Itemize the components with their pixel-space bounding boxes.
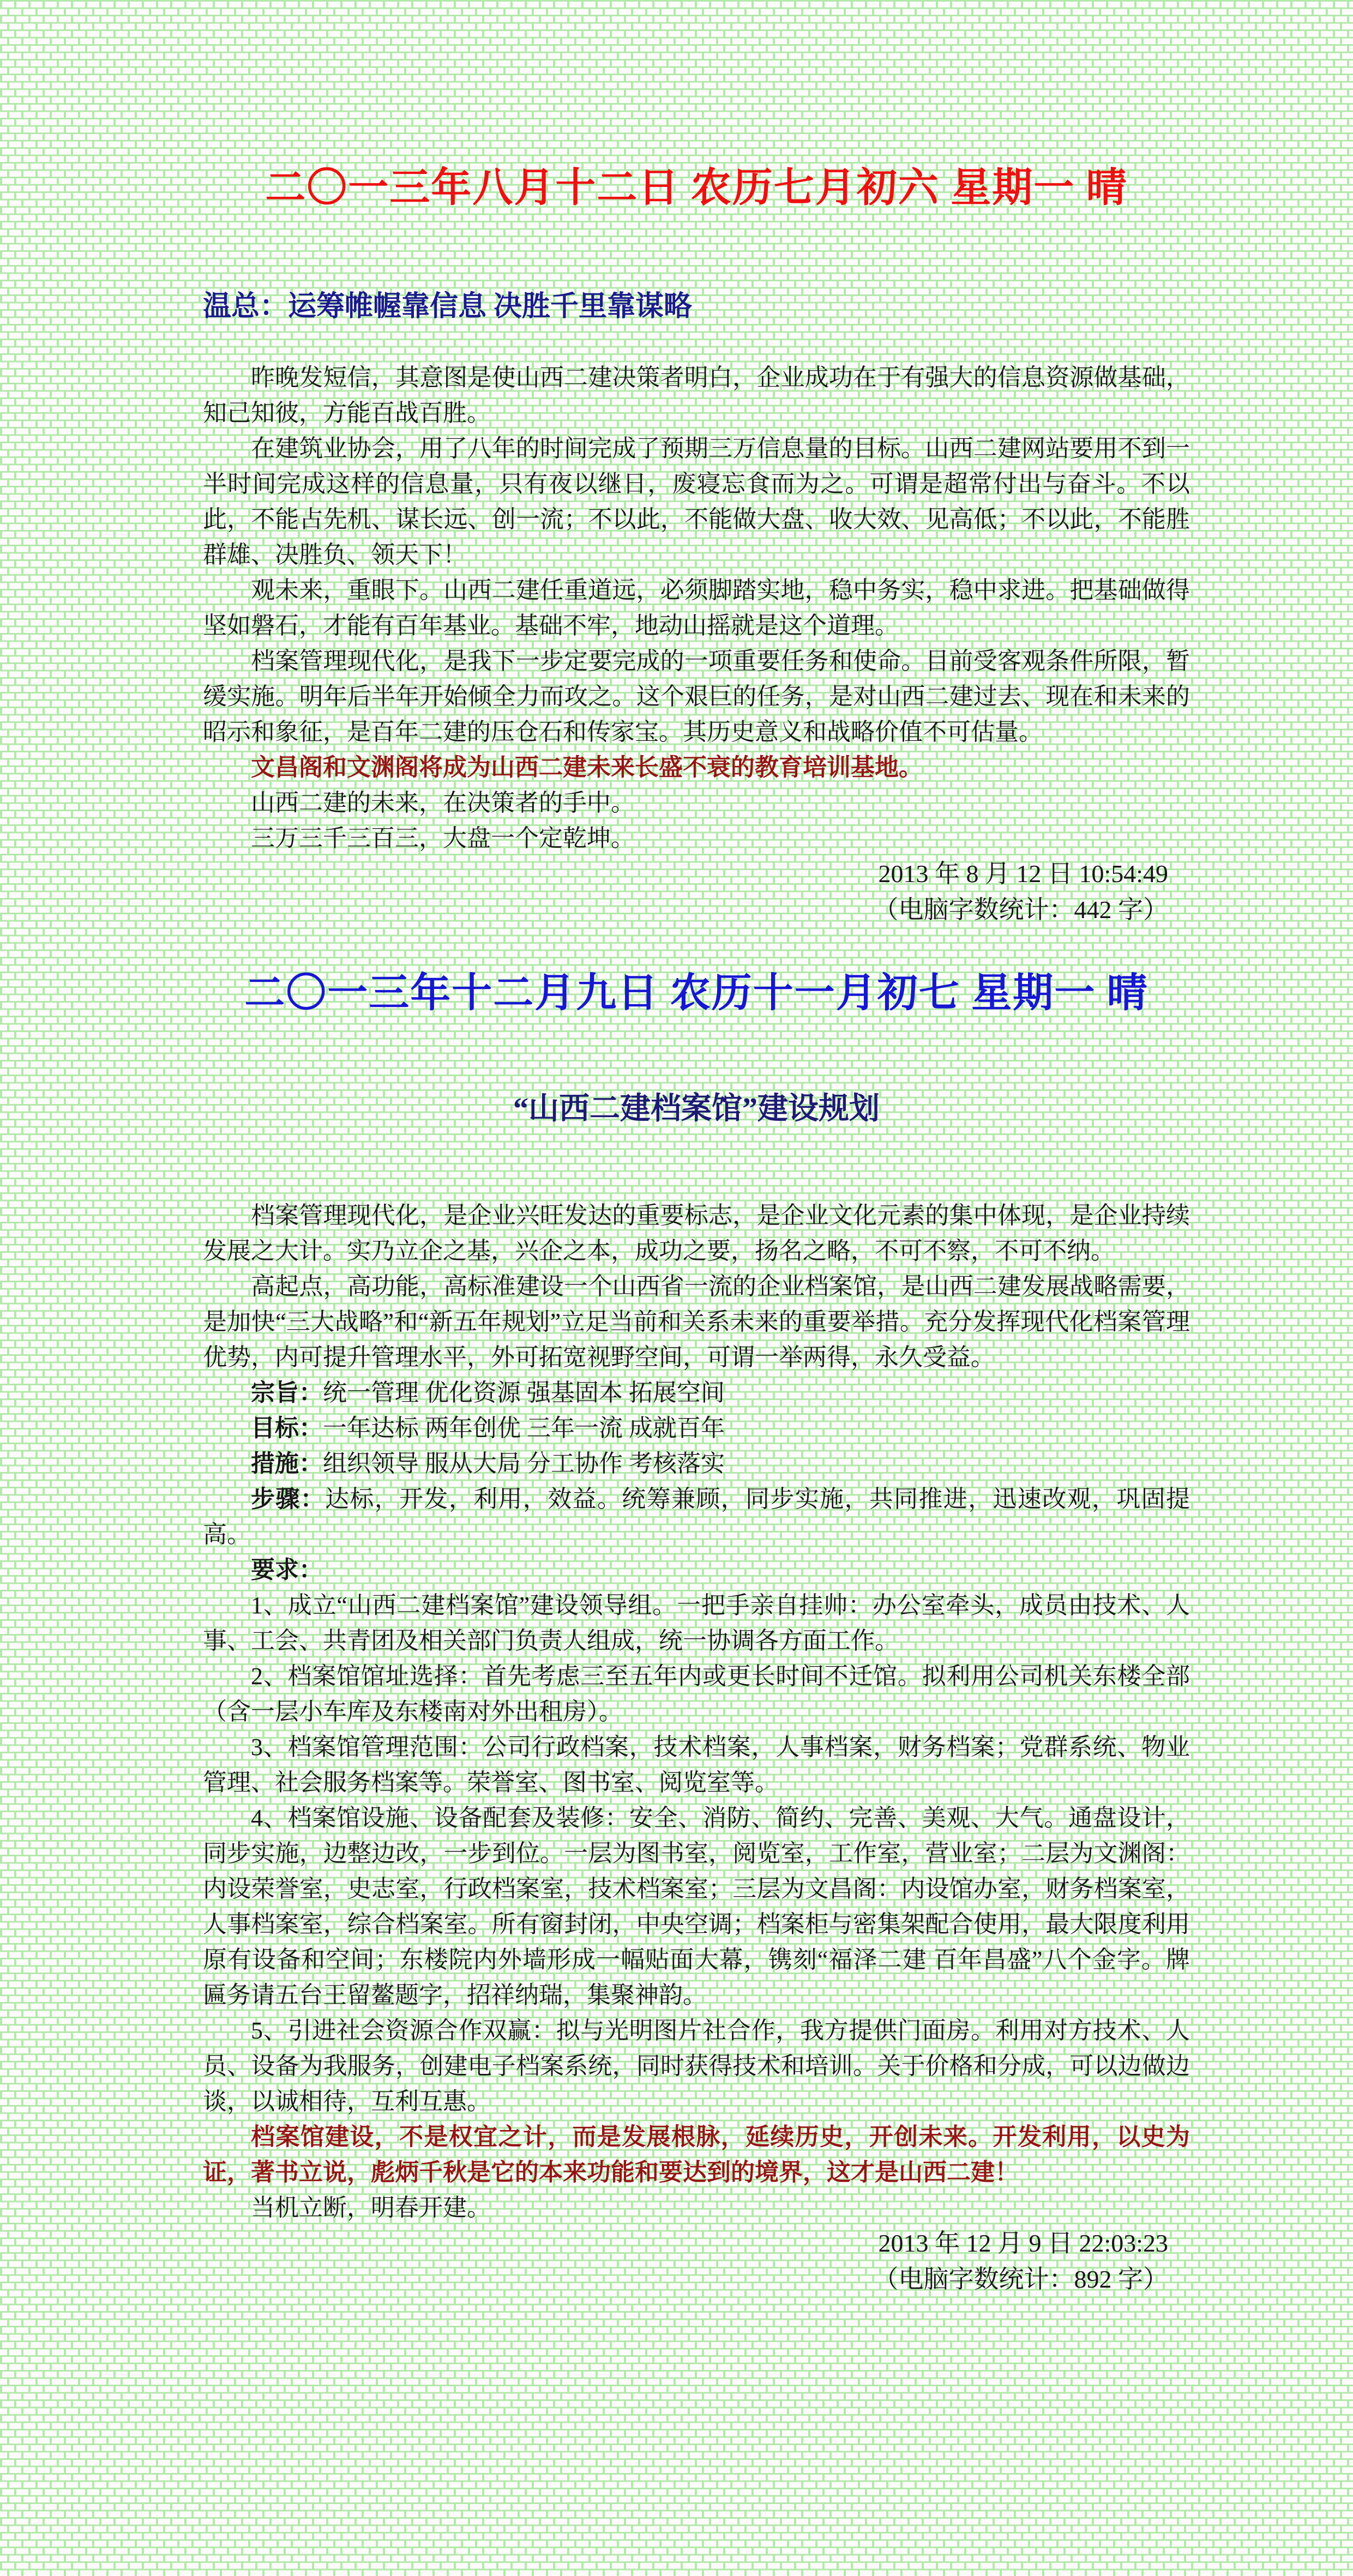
entry2-requirements-heading: 要求： [203, 1552, 1190, 1588]
entry2-closing-line: 当机立断，明春开建。 [203, 2190, 1190, 2225]
page-content: 二〇一三年八月十二日 农历七月初六 星期一 晴 温总：运筹帷幄靠信息 决胜千里靠… [203, 155, 1190, 2297]
entry2-meta: 2013 年 12 月 9 日 22:03:23 （电脑字数统计：892 字） [203, 2225, 1190, 2297]
entry-2013-12-09: 二〇一三年十二月九日 农历十一月初七 星期一 晴 “山西二建档案馆”建设规划 档… [203, 961, 1190, 2297]
principle-text: 统一管理 优化资源 强基固本 拓展空间 [323, 1379, 725, 1406]
principle-text: 一年达标 两年创优 三年一流 成就百年 [323, 1415, 725, 1441]
entry2-paragraph-2: 高起点，高功能，高标准建设一个山西省一流的企业档案馆，是山西二建发展战略需要，是… [203, 1269, 1190, 1375]
principle-text: 组织领导 服从大局 分工协作 考核落实 [323, 1450, 725, 1477]
entry2-principle-zongzhi: 宗旨：统一管理 优化资源 强基固本 拓展空间 [203, 1375, 1190, 1410]
entry2-highlight-sentence: 档案馆建设，不是权宜之计，而是发展根脉，延续历史，开创未来。开发利用，以史为证，… [203, 2119, 1190, 2190]
principle-label: 目标： [251, 1415, 323, 1441]
entry2-requirement-3: 3、档案馆管理范围：公司行政档案，技术档案，人事档案，财务档案；党群系统、物业管… [203, 1729, 1190, 1800]
requirements-label: 要求： [251, 1557, 323, 1583]
entry2-requirement-4: 4、档案馆设施、设备配套及装修：安全、消防、简约、完善、美观、大气。通盘设计，同… [203, 1800, 1190, 2013]
entry1-paragraph-4: 档案管理现代化，是我下一步定要完成的一项重要任务和使命。目前受客观条件所限，暂缓… [203, 643, 1190, 750]
entry2-word-count: （电脑字数统计：892 字） [203, 2261, 1168, 2297]
entry1-body: 昨晚发短信，其意图是使山西二建决策者明白，企业成功在于有强大的信息资源做基础，知… [203, 360, 1190, 856]
entry1-paragraph-2: 在建筑业协会，用了八年的时间完成了预期三万信息量的目标。山西二建网站要用不到一半… [203, 431, 1190, 572]
entry2-principle-buzhou: 步骤：达标，开发，利用，效益。统筹兼顾，同步实施，共同推进，迅速改观，巩固提高。 [203, 1481, 1190, 1552]
entry1-paragraph-3: 观未来，重眼下。山西二建任重道远，必须脚踏实地，稳中务实，稳中求进。把基础做得坚… [203, 572, 1190, 643]
principle-label: 措施： [251, 1450, 323, 1477]
entry2-principle-cuoshi: 措施：组织领导 服从大局 分工协作 考核落实 [203, 1446, 1190, 1481]
entry1-closing-line-2: 三万三千三百三，大盘一个定乾坤。 [203, 821, 1190, 856]
entry2-requirement-1: 1、成立“山西二建档案馆”建设领导组。一把手亲自挂帅：办公室牵头，成员由技术、人… [203, 1588, 1190, 1658]
entry1-paragraph-1: 昨晚发短信，其意图是使山西二建决策者明白，企业成功在于有强大的信息资源做基础，知… [203, 360, 1190, 431]
entry-2013-08-12: 二〇一三年八月十二日 农历七月初六 星期一 晴 温总：运筹帷幄靠信息 决胜千里靠… [203, 155, 1190, 928]
entry1-highlight-sentence: 文昌阁和文渊阁将成为山西二建未来长盛不衰的教育培训基地。 [203, 750, 1190, 785]
entry2-subtitle: “山西二建档案馆”建设规划 [203, 1089, 1190, 1130]
top-margin [0, 0, 1353, 155]
entry1-word-count: （电脑字数统计：442 字） [203, 892, 1168, 928]
entry1-meta: 2013 年 8 月 12 日 10:54:49 （电脑字数统计：442 字） [203, 856, 1190, 928]
entry2-title: 二〇一三年十二月九日 农历十一月初七 星期一 晴 [203, 961, 1190, 1026]
entry1-title: 二〇一三年八月十二日 农历七月初六 星期一 晴 [203, 155, 1190, 221]
entry1-closing-line-1: 山西二建的未来，在决策者的手中。 [203, 785, 1190, 821]
entry2-requirement-5: 5、引进社会资源合作双赢：拟与光明图片社合作，我方提供门面房。利用对方技术、人员… [203, 2013, 1190, 2119]
entry2-body: 档案管理现代化，是企业兴旺发达的重要标志，是企业文化元素的集中体现，是企业持续发… [203, 1198, 1190, 2225]
principle-label: 宗旨： [251, 1379, 323, 1406]
diary-page: 二〇一三年八月十二日 农历七月初六 星期一 晴 温总：运筹帷幄靠信息 决胜千里靠… [0, 0, 1353, 2576]
entry2-requirement-2: 2、档案馆馆址选择：首先考虑三至五年内或更长时间不迁馆。拟利用公司机关东楼全部（… [203, 1658, 1190, 1729]
entry1-timestamp: 2013 年 8 月 12 日 10:54:49 [203, 856, 1168, 892]
entry2-timestamp: 2013 年 12 月 9 日 22:03:23 [203, 2225, 1168, 2261]
principle-label: 步骤： [251, 1486, 325, 1512]
entry2-paragraph-1: 档案管理现代化，是企业兴旺发达的重要标志，是企业文化元素的集中体现，是企业持续发… [203, 1198, 1190, 1269]
principle-text: 达标，开发，利用，效益。统筹兼顾，同步实施，共同推进，迅速改观，巩固提高。 [203, 1486, 1190, 1548]
entry1-motto: 温总：运筹帷幄靠信息 决胜千里靠谋略 [203, 286, 1190, 327]
entry2-principle-mubiao: 目标：一年达标 两年创优 三年一流 成就百年 [203, 1410, 1190, 1446]
